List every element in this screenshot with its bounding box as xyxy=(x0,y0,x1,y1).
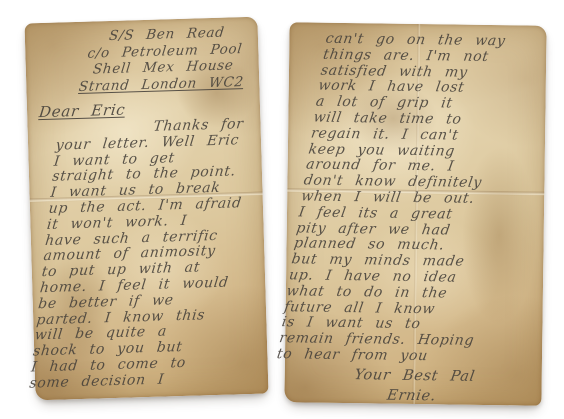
letter-page-left: S/S Ben Readc/o Petroleum PoolShell Mex … xyxy=(24,17,268,401)
closing-line: Ernie. xyxy=(282,384,542,407)
letter-page-right: can't go on the waythings are. I'm notsa… xyxy=(284,22,546,406)
letter-photo: S/S Ben Readc/o Petroleum PoolShell Mex … xyxy=(0,0,564,419)
letter-body-left: Thanks foryour letter. Well EricI want t… xyxy=(29,116,274,392)
letter-body-right: can't go on the waythings are. I'm notsa… xyxy=(276,32,564,366)
letter-closing: Your Best PalErnie. xyxy=(282,365,545,408)
handwriting-line: to hear from you xyxy=(276,347,515,366)
letter-address-block: S/S Ben Readc/o Petroleum PoolShell Mex … xyxy=(74,24,254,95)
letter-salutation: Dear Eric xyxy=(38,101,126,122)
